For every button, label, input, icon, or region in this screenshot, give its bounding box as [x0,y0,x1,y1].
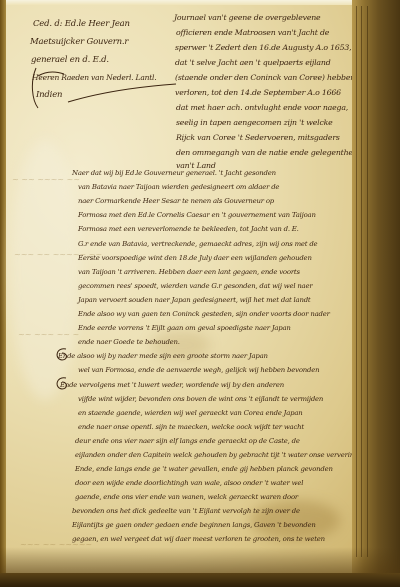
body-line: vijfde wint wijder, bevonden ons boven d… [78,396,323,403]
body-line: Ende alsoo wy van gaen ten Coninck geste… [78,311,330,318]
body-line: ende naer Goede te behouden. [78,339,180,346]
paragraph-initial-flourish [52,374,70,392]
body-line: ende naer onse opentl. sijn te maecken, … [78,424,304,431]
body-line: gecommen rees' spoedt, wierden vande G.r… [78,283,312,290]
heading-line: den ommegangh van de natie ende gelegent… [176,149,360,157]
book-binding-gutter [352,0,400,587]
body-line: Formosa met den Ed.le Cornelis Caesar en… [78,212,316,219]
body-line: Japan vervoert souden naer Japan gedesig… [78,297,310,304]
body-line: door een wijde ende doorlichtingh van wa… [75,480,303,487]
body-line: van Taijoan 't arriveren. Hebben daer ee… [78,269,300,276]
body-line: Ende, ende langs ende ge 't water gevall… [75,466,333,473]
body-line: Eerste voorspoedige wint den 18.de July … [78,255,312,262]
heading-line: Journael van't geene de overgeblevene [174,14,320,22]
heading-line: Rijck van Coree 't Sedervoeren, mitsgade… [176,134,340,142]
body-line: Formosa met een vereverlomende te beklee… [78,226,299,233]
body-line: deur ende ons vier naer sijn elf langs e… [75,438,300,445]
binding-crease [361,6,362,557]
body-line: gegaen, en wel vergeet dat wij daer mees… [72,536,325,543]
body-line: Ende alsoo wij by nader mede sijn een gr… [58,353,268,360]
paragraph-initial-flourish [52,345,70,363]
heading-line: verloren, tot den 14.de September A.o 16… [175,89,341,97]
body-line: eijlanden onder den Capitein welck gehou… [75,452,362,459]
heading-line: sperwer 't Zedert den 16.de Augusty A.o … [175,44,351,52]
binding-crease [367,6,368,557]
body-line: en staende gaende, wierden wij wel gerae… [78,410,303,417]
signature-flourish [28,62,178,112]
heading-line: (staende onder den Coninck van Coree) he… [175,74,355,82]
body-line: bevonden ons het dick gedeelte van 't Ei… [72,508,300,515]
page-bottom-edge [0,573,400,587]
body-line: van Batavia naer Taijoan wierden gedesig… [78,184,279,191]
bleed-through: ~~ ~~~ ~~ ~ [18,330,79,339]
heading-line: seelig in tapen aengecomen zijn 't welck… [176,119,333,127]
body-line: G.r ende van Batavia, vertreckende, gema… [78,241,317,248]
water-stain [250,500,340,540]
manuscript-page: ~ ~~ ~~~~ ~~ ~~~ ~~ ~~~~~ ~~ ~~ ~~~ ~~ ~… [0,0,400,587]
bleed-through: ~ ~~ ~~~~ ~~ [12,175,80,184]
body-line: Naer dat wij bij Ed.le Gouverneur genera… [72,170,276,177]
binding-crease [356,6,357,557]
body-line: wel van Formosa, ende de aenvaerde wegh,… [78,367,319,374]
marginal-note-line: Maetsuijcker Gouvern.r [30,38,128,47]
body-line: Ende vervolgens met 't luwert weder, wor… [60,382,284,389]
page-top-edge [0,0,400,5]
body-line: Ende eerde vorrens 't Eijlt gaan om geva… [78,325,291,332]
heading-line: dat 't selve Jacht aen 't quelpaerts eij… [175,59,331,67]
heading-line: officieren ende Matroosen van't Jacht de [176,29,329,37]
heading-line: dat met haer ach. ontvlught ende voor na… [176,104,348,112]
body-line: naer Cormarkende Heer Sesar te nenen als… [78,198,274,205]
page-left-edge [0,0,6,587]
marginal-note-line: Ced. d: Ed.le Heer Jean [33,20,130,29]
body-line: gaende, ende ons vier ende van wanen, we… [75,494,298,501]
body-line: Eijlantijts ge gaen onder gedaen ende be… [72,522,316,529]
